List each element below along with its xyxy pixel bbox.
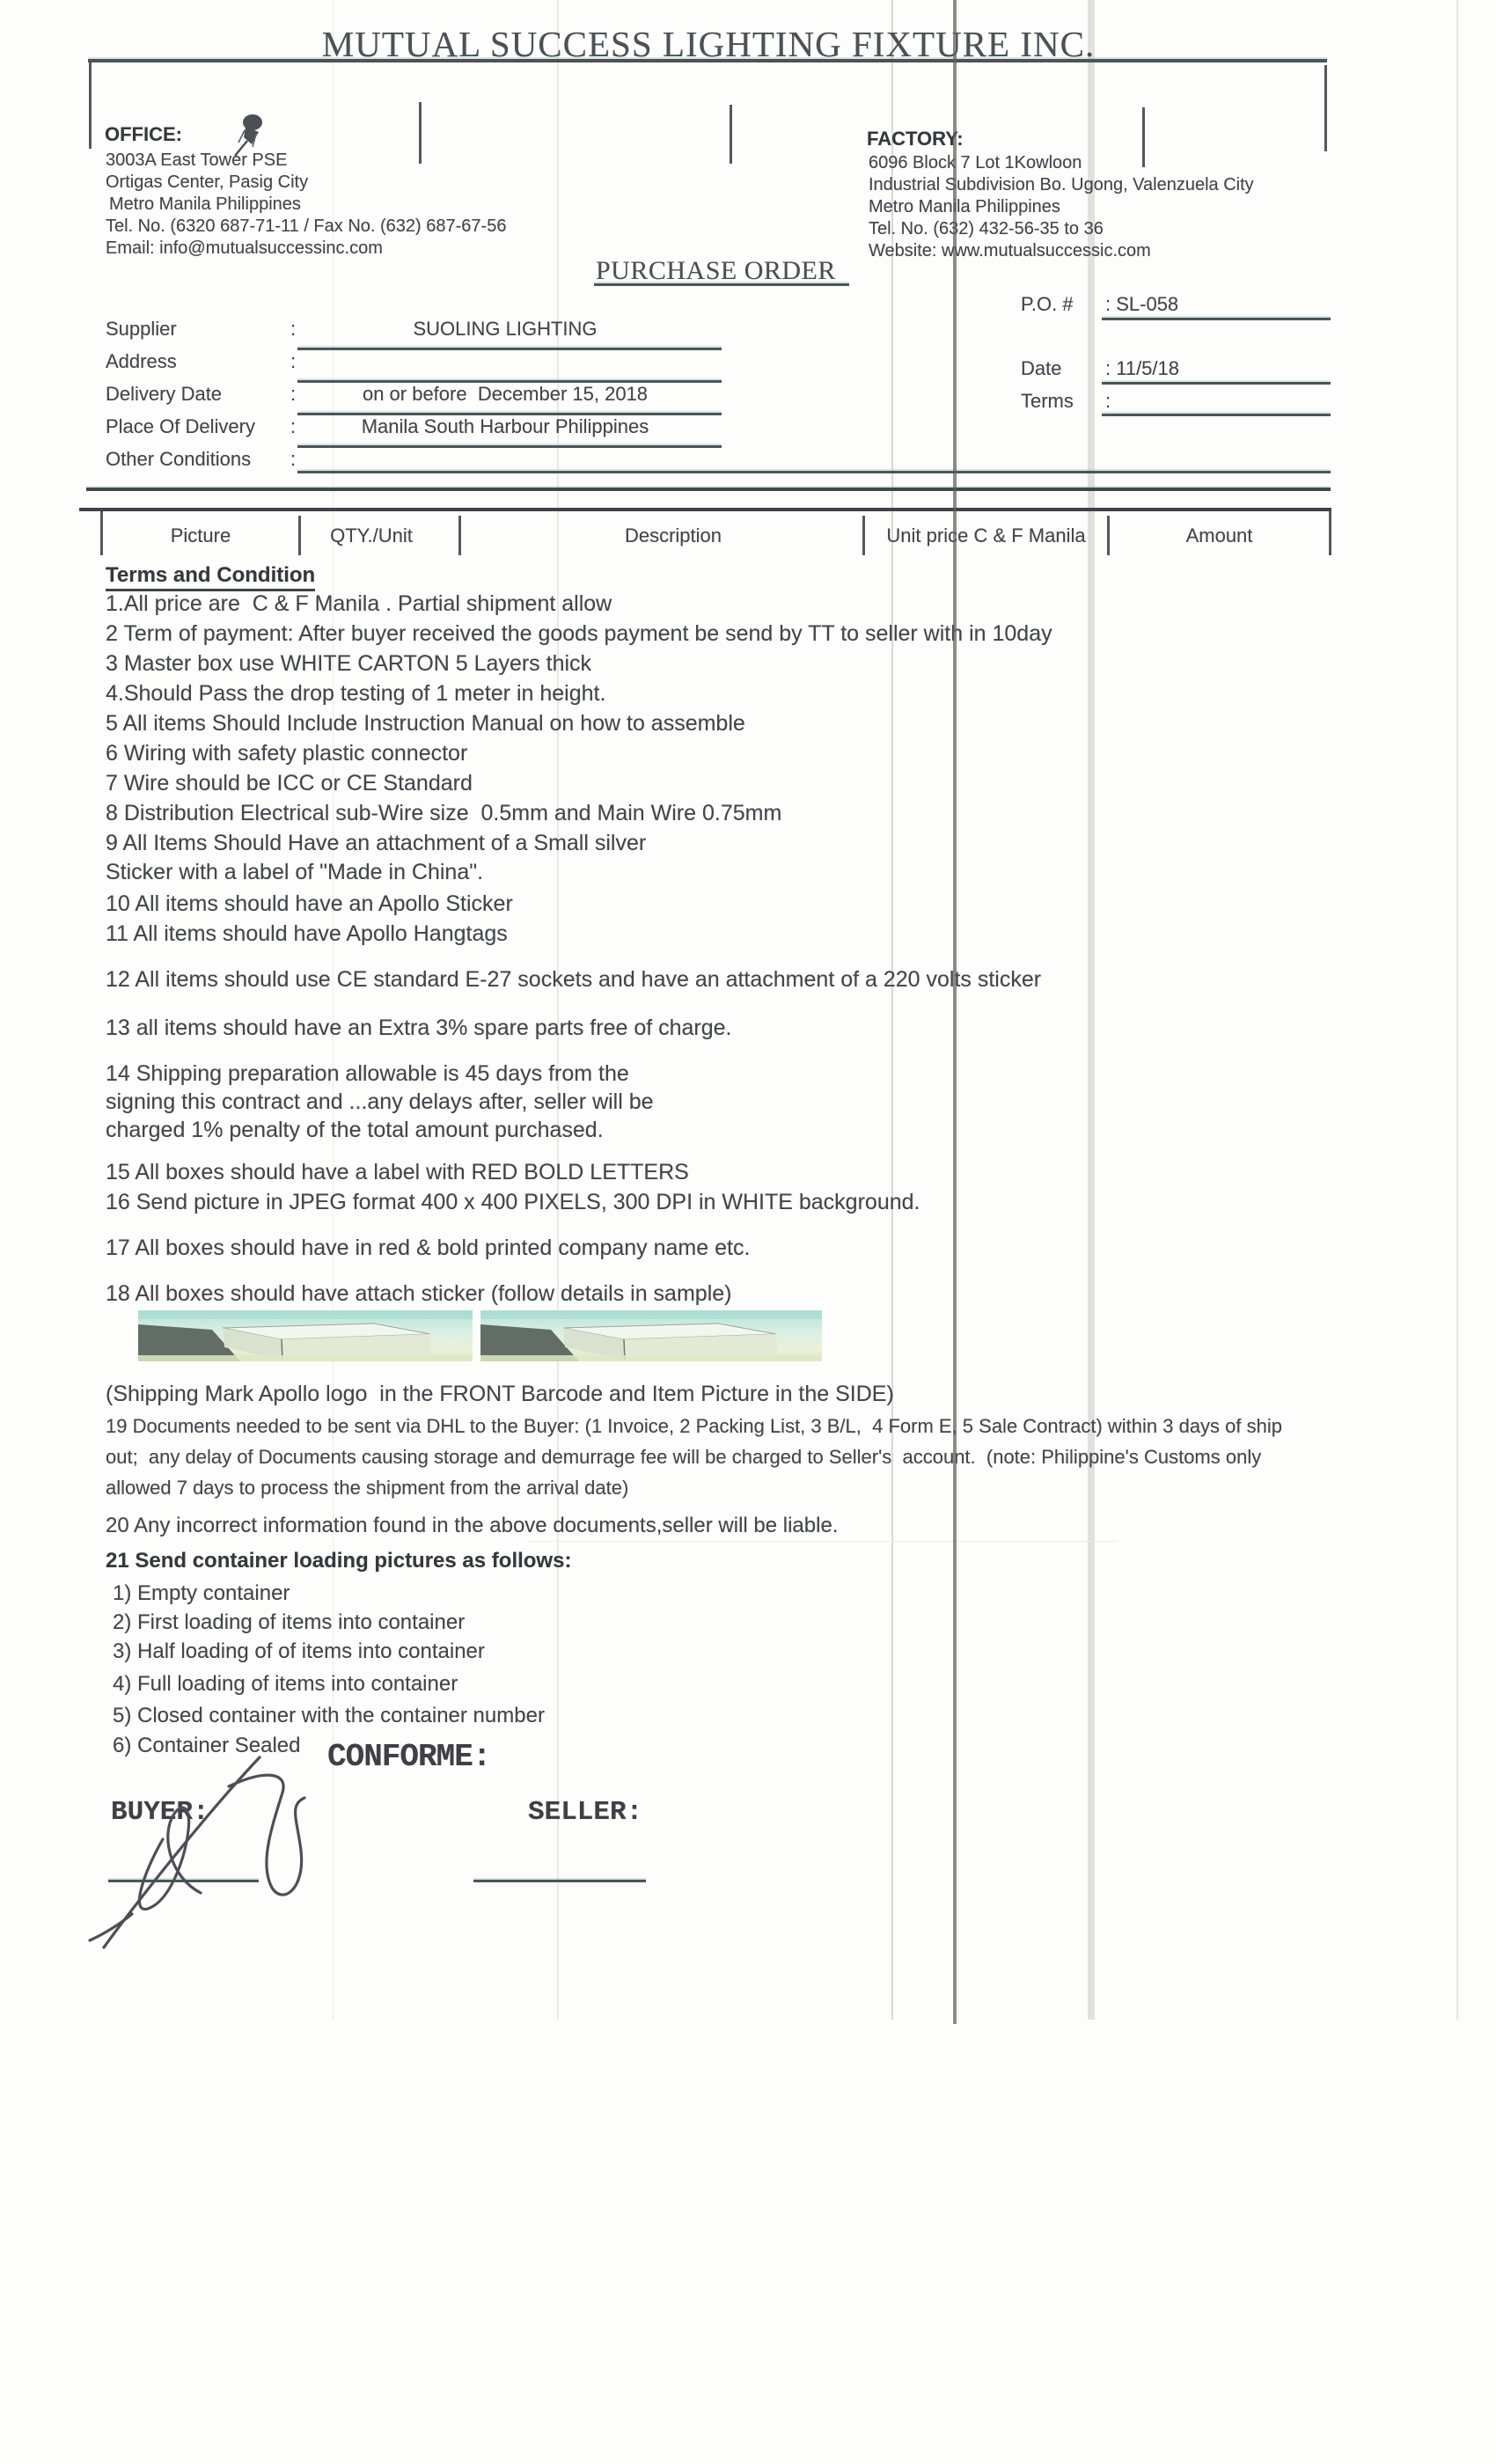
terms-line-12: 12 All items should use CE standard E-27… xyxy=(106,967,1041,993)
terms-line-9: 9 All Items Should Have an attachment of… xyxy=(106,831,646,856)
scan-band-faint-3 xyxy=(891,0,893,2020)
factory-line-5: Website: www.mutualsuccessic.com xyxy=(869,241,1151,261)
sample-sticker-photo-1 xyxy=(138,1310,473,1361)
terms-line-13: 13 all items should have an Extra 3% spa… xyxy=(106,1016,732,1041)
buyer-signature xyxy=(79,1747,343,1958)
factory-label: FACTORY: xyxy=(867,128,964,150)
container-step-5: 5) Closed container with the container n… xyxy=(113,1704,545,1728)
terms-line-20: 20 Any incorrect information found in th… xyxy=(106,1514,838,1538)
scan-line-dark xyxy=(953,0,957,2024)
supplier-underline xyxy=(297,348,722,350)
header-tick-1 xyxy=(419,102,422,164)
address-label: Address xyxy=(106,350,177,373)
po-date-value: : 11/5/18 xyxy=(1105,357,1179,380)
table-top-border xyxy=(79,508,1331,511)
place-of-delivery-colon: : xyxy=(290,415,296,438)
table-header-description: Description xyxy=(480,524,867,547)
scanned-purchase-order-page: { "company": { "name": "MUTUAL SUCCESS L… xyxy=(0,0,1496,2464)
address-underline xyxy=(297,380,722,383)
table-header-qty: QTY./Unit xyxy=(301,524,442,547)
sample-sticker-photo-2 xyxy=(480,1310,822,1361)
terms-line-2: 2 Term of payment: After buyer received … xyxy=(106,621,1052,647)
container-step-1: 1) Empty container xyxy=(113,1581,290,1606)
terms-heading-text: Terms and Condition xyxy=(106,563,315,591)
factory-line-3: Metro Manila Philippines xyxy=(869,197,1060,217)
table-col-sep-4 xyxy=(1107,516,1110,555)
seller-signature-line xyxy=(473,1880,646,1882)
factory-line-4: Tel. No. (632) 432-56-35 to 36 xyxy=(869,219,1104,239)
container-step-2: 2) First loading of items into container xyxy=(113,1610,465,1635)
table-col-sep-3 xyxy=(862,516,865,555)
address-colon: : xyxy=(290,350,296,373)
delivery-date-colon: : xyxy=(290,383,296,406)
table-header-unit-price: Unit price C & F Manila xyxy=(869,524,1103,547)
terms-line-5: 5 All items Should Include Instruction M… xyxy=(106,711,745,737)
other-conditions-label: Other Conditions xyxy=(106,448,251,471)
po-terms-underline xyxy=(1102,414,1331,416)
terms-line-3: 3 Master box use WHITE CARTON 5 Layers t… xyxy=(106,651,591,677)
title-underline xyxy=(88,59,1327,62)
po-number-underline xyxy=(1102,318,1331,320)
factory-line-2: Industrial Subdivision Bo. Ugong, Valenz… xyxy=(869,175,1254,195)
terms-line-19c: allowed 7 days to process the shipment f… xyxy=(106,1477,628,1500)
place-of-delivery-label: Place Of Delivery xyxy=(106,415,255,438)
conforme-label: CONFORME: xyxy=(327,1739,490,1775)
terms-line-14: 14 Shipping preparation allowable is 45 … xyxy=(106,1061,629,1087)
po-terms-value: : xyxy=(1105,390,1111,413)
table-col-sep-2 xyxy=(458,516,461,555)
document-title-underline xyxy=(594,283,849,286)
po-date-underline xyxy=(1102,382,1331,385)
office-line-3: Metro Manila Philippines xyxy=(109,194,301,215)
terms-line-10: 10 All items should have an Apollo Stick… xyxy=(106,891,513,917)
table-left-edge xyxy=(100,511,103,555)
office-line-5: Email: info@mutualsuccessinc.com xyxy=(106,238,383,259)
po-terms-label: Terms xyxy=(1021,390,1074,413)
terms-line-14b: signing this contract and ...any delays … xyxy=(106,1089,654,1115)
table-header-amount: Amount xyxy=(1116,524,1323,547)
header-tick-2 xyxy=(730,105,732,164)
office-line-1: 3003A East Tower PSE xyxy=(106,150,287,171)
terms-line-4: 4.Should Pass the drop testing of 1 mete… xyxy=(106,681,605,707)
shipping-mark-caption: (Shipping Mark Apollo logo in the FRONT … xyxy=(106,1382,894,1407)
seller-label: SELLER: xyxy=(528,1797,642,1828)
terms-line-1: 1.All price are C & F Manila . Partial s… xyxy=(106,591,612,617)
supplier-label: Supplier xyxy=(106,318,177,341)
table-right-edge xyxy=(1329,511,1331,555)
document-title: PURCHASE ORDER xyxy=(596,256,836,286)
scan-band-faint-2 xyxy=(557,0,559,2020)
terms-line-15: 15 All boxes should have a label with RE… xyxy=(106,1160,689,1185)
terms-line-19a: 19 Documents needed to be sent via DHL t… xyxy=(106,1415,1282,1438)
terms-line-16: 16 Send picture in JPEG format 400 x 400… xyxy=(106,1190,920,1215)
container-step-4: 4) Full loading of items into container xyxy=(113,1672,458,1697)
section-separator xyxy=(86,488,1331,491)
factory-line-1: 6096 Block 7 Lot 1Kowloon xyxy=(869,153,1082,173)
terms-line-9b: Sticker with a label of "Made in China". xyxy=(106,860,483,885)
office-label: OFFICE: xyxy=(105,123,182,146)
supplier-value: SUOLING LIGHTING xyxy=(297,318,713,341)
other-conditions-underline xyxy=(297,471,1331,473)
po-number-value: : SL-058 xyxy=(1105,293,1178,316)
terms-line-8: 8 Distribution Electrical sub-Wire size … xyxy=(106,801,781,826)
terms-line-21: 21 Send container loading pictures as fo… xyxy=(106,1549,571,1573)
terms-line-6: 6 Wiring with safety plastic connector xyxy=(106,741,467,766)
office-line-4: Tel. No. (6320 687-71-11 / Fax No. (632)… xyxy=(106,216,506,237)
scan-artifact-horizontal xyxy=(528,1541,1118,1542)
terms-line-7: 7 Wire should be ICC or CE Standard xyxy=(106,771,473,796)
terms-heading: Terms and Condition xyxy=(106,563,315,588)
place-of-delivery-value: Manila South Harbour Philippines xyxy=(297,415,713,438)
terms-line-18: 18 All boxes should have attach sticker … xyxy=(106,1281,731,1307)
terms-line-14c: charged 1% penalty of the total amount p… xyxy=(106,1118,604,1143)
delivery-date-value: on or before December 15, 2018 xyxy=(297,383,713,406)
table-header-picture: Picture xyxy=(121,524,280,547)
terms-line-11: 11 All items should have Apollo Hangtags xyxy=(106,921,508,947)
delivery-date-underline xyxy=(297,413,722,415)
place-of-delivery-underline xyxy=(297,445,722,448)
scan-band-wide xyxy=(1088,0,1095,2020)
po-date-label: Date xyxy=(1021,357,1061,380)
po-number-label: P.O. # xyxy=(1021,293,1074,316)
container-step-3: 3) Half loading of of items into contain… xyxy=(113,1639,485,1664)
terms-line-17: 17 All boxes should have in red & bold p… xyxy=(106,1236,750,1261)
table-col-sep-1 xyxy=(298,516,301,555)
header-tick-3 xyxy=(1142,107,1145,167)
other-conditions-colon: : xyxy=(290,448,296,471)
scan-band-faint-4 xyxy=(1456,0,1458,2020)
office-line-2: Ortigas Center, Pasig City xyxy=(106,172,308,193)
header-right-bracket xyxy=(1324,65,1327,151)
delivery-date-label: Delivery Date xyxy=(106,383,222,406)
terms-line-19b: out; any delay of Documents causing stor… xyxy=(106,1446,1261,1469)
supplier-colon: : xyxy=(290,318,296,341)
header-left-bracket xyxy=(89,62,92,149)
